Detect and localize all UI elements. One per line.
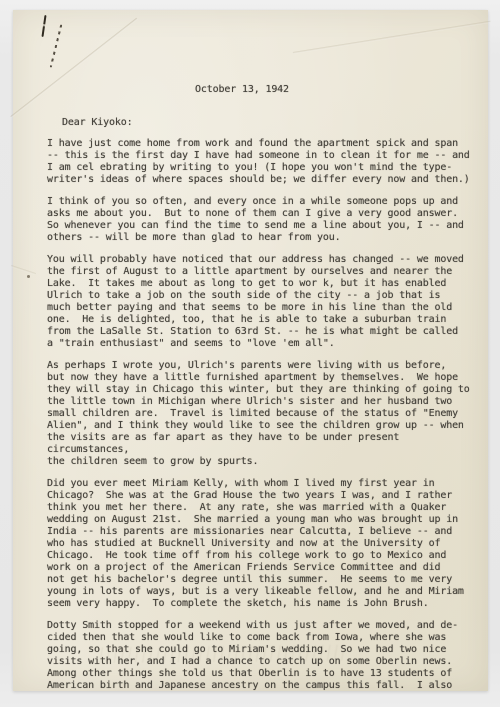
letter-salutation: Dear Kiyoko: bbox=[62, 117, 132, 129]
letter-paragraph: You will probably have noticed that our … bbox=[47, 254, 483, 350]
letter-date: October 13, 1942 bbox=[195, 84, 289, 96]
ink-stroke bbox=[50, 24, 63, 67]
letter-paragraph: Dotty Smith stopped for a weekend with u… bbox=[47, 620, 483, 692]
paper-speck bbox=[27, 275, 30, 278]
letter-body: I have just come home from work and foun… bbox=[47, 138, 483, 692]
paper-crease bbox=[10, 18, 137, 118]
letter-paragraph: I think of you so often, and every once … bbox=[47, 196, 483, 244]
letter-paragraph: As perhaps I wrote you, Ulrich's parents… bbox=[47, 360, 483, 468]
scan-backdrop: October 13, 1942 Dear Kiyoko: I have jus… bbox=[0, 0, 500, 707]
letter-page: October 13, 1942 Dear Kiyoko: I have jus… bbox=[13, 10, 488, 691]
ink-marks bbox=[37, 12, 77, 74]
letter-paragraph: I have just come home from work and foun… bbox=[47, 138, 483, 186]
paper-crease bbox=[11, 265, 36, 275]
paper-crease bbox=[293, 21, 491, 54]
ink-stroke bbox=[41, 15, 46, 37]
letter-paragraph: Did you ever meet Miriam Kelly, with who… bbox=[47, 478, 483, 610]
